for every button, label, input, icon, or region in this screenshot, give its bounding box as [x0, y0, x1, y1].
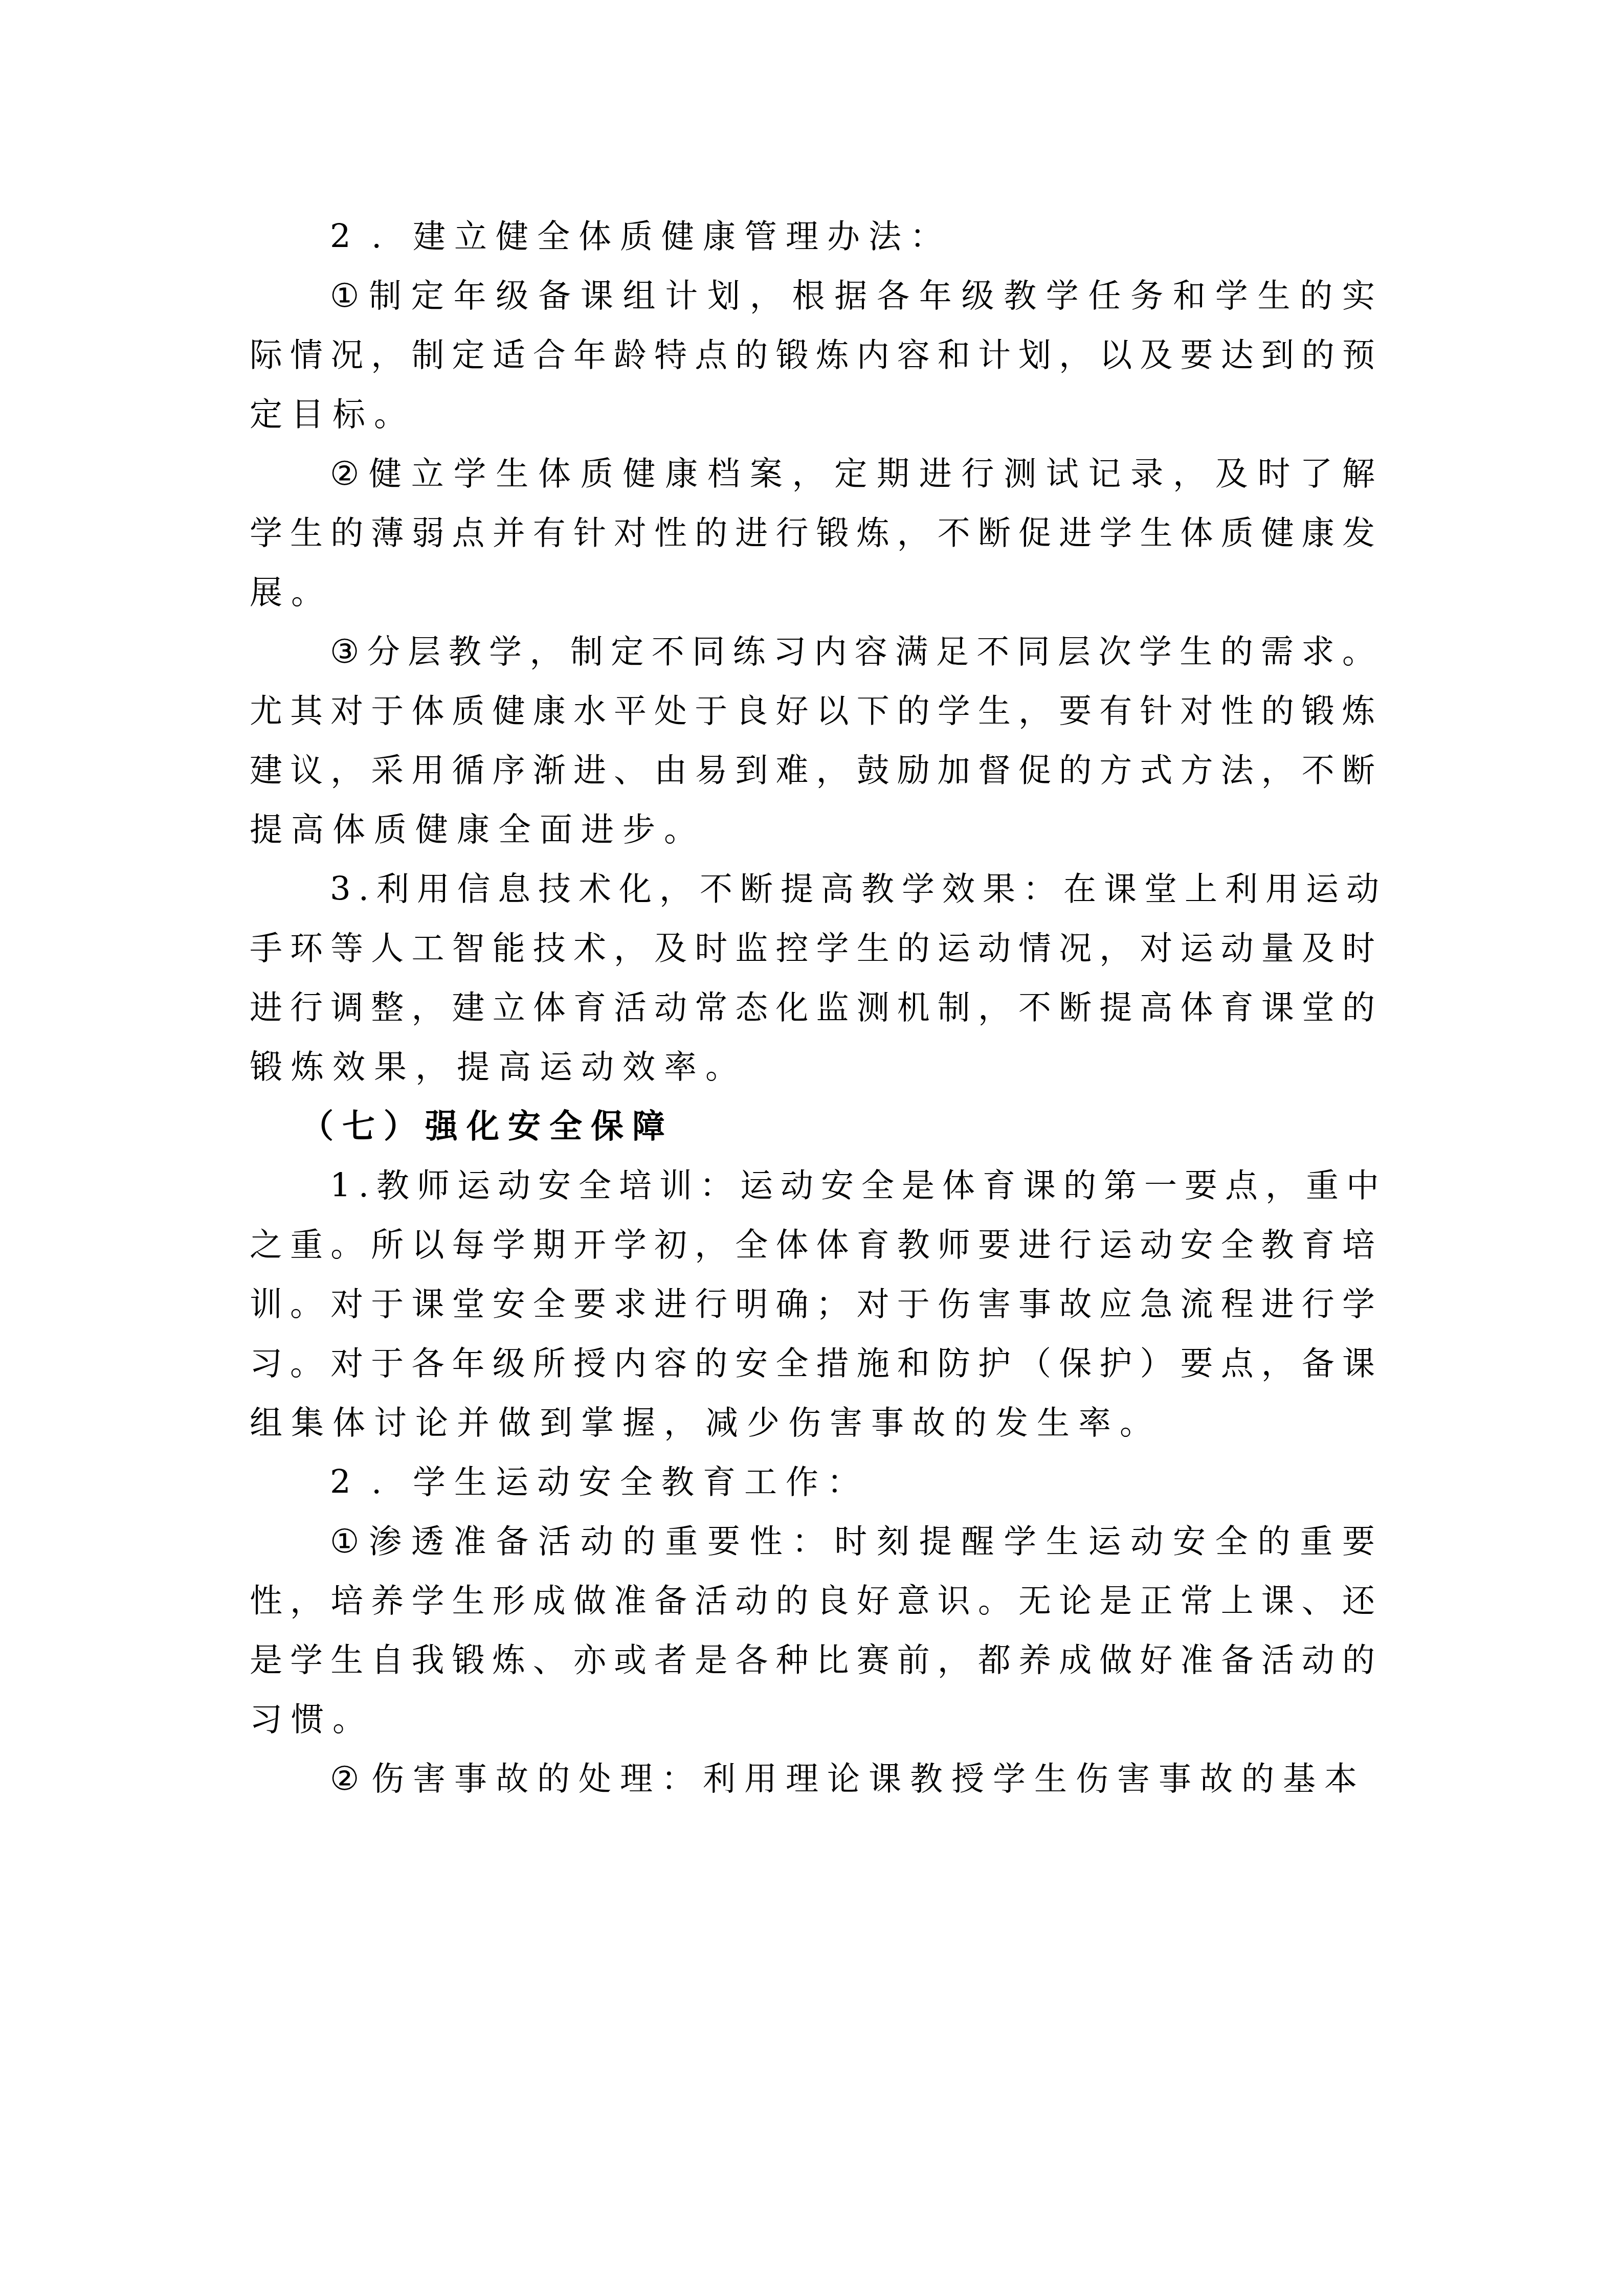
text-line: 2.学生运动安全教育工作：	[250, 1453, 1383, 1512]
text-line: 是学生自我锻炼、亦或者是各种比赛前，都养成做好准备活动的	[250, 1631, 1383, 1690]
text-line: ①渗透准备活动的重要性：时刻提醒学生运动安全的重要	[250, 1512, 1383, 1571]
text-line: 尤其对于体质健康水平处于良好以下的学生，要有针对性的锻炼	[250, 682, 1383, 741]
text-line: ②健立学生体质健康档案，定期进行测试记录，及时了解	[250, 444, 1383, 504]
text-line: 组集体讨论并做到掌握，减少伤害事故的发生率。	[250, 1393, 1383, 1453]
text-line: 之重。所以每学期开学初，全体体育教师要进行运动安全教育培	[250, 1215, 1383, 1275]
text-line: 训。对于课堂安全要求进行明确；对于伤害事故应急流程进行学	[250, 1275, 1383, 1334]
paragraph: 2.学生运动安全教育工作：	[250, 1453, 1383, 1512]
paragraph: ①渗透准备活动的重要性：时刻提醒学生运动安全的重要性，培养学生形成做准备活动的良…	[250, 1512, 1383, 1749]
text-line: 提高体质健康全面进步。	[250, 800, 1383, 860]
text-line: ②伤害事故的处理：利用理论课教授学生伤害事故的基本	[250, 1749, 1383, 1809]
paragraph: 3.利用信息技术化，不断提高教学效果：在课堂上利用运动手环等人工智能技术，及时监…	[250, 860, 1383, 1097]
text-line: 习。对于各年级所授内容的安全措施和防护（保护）要点，备课	[250, 1334, 1383, 1393]
text-line: ③分层教学，制定不同练习内容满足不同层次学生的需求。	[250, 622, 1383, 682]
paragraph: ②伤害事故的处理：利用理论课教授学生伤害事故的基本	[250, 1749, 1383, 1809]
paragraph: ①制定年级备课组计划，根据各年级教学任务和学生的实际情况，制定适合年龄特点的锻炼…	[250, 266, 1383, 444]
paragraph: ②健立学生体质健康档案，定期进行测试记录，及时了解学生的薄弱点并有针对性的进行锻…	[250, 444, 1383, 622]
paragraph: 1.教师运动安全培训：运动安全是体育课的第一要点，重中之重。所以每学期开学初，全…	[250, 1156, 1383, 1453]
text-line: 手环等人工智能技术，及时监控学生的运动情况，对运动量及时	[250, 919, 1383, 978]
text-line: （七）强化安全保障	[250, 1097, 1383, 1156]
text-line: 建议，采用循序渐进、由易到难，鼓励加督促的方式方法，不断	[250, 741, 1383, 800]
text-line: 锻炼效果，提高运动效率。	[250, 1038, 1383, 1097]
text-line: 习惯。	[250, 1690, 1383, 1749]
text-line: 定目标。	[250, 385, 1383, 444]
text-line: 学生的薄弱点并有针对性的进行锻炼，不断促进学生体质健康发	[250, 504, 1383, 563]
text-line: 3.利用信息技术化，不断提高教学效果：在课堂上利用运动	[250, 860, 1383, 919]
section-heading: （七）强化安全保障	[250, 1097, 1383, 1156]
text-line: 际情况，制定适合年龄特点的锻炼内容和计划，以及要达到的预	[250, 326, 1383, 385]
text-line: ①制定年级备课组计划，根据各年级教学任务和学生的实	[250, 266, 1383, 326]
text-line: 展。	[250, 563, 1383, 622]
text-line: 2.建立健全体质健康管理办法：	[250, 207, 1383, 266]
document-page: 2.建立健全体质健康管理办法：①制定年级备课组计划，根据各年级教学任务和学生的实…	[250, 207, 1383, 1809]
text-line: 1.教师运动安全培训：运动安全是体育课的第一要点，重中	[250, 1156, 1383, 1215]
paragraph: 2.建立健全体质健康管理办法：	[250, 207, 1383, 266]
paragraph: ③分层教学，制定不同练习内容满足不同层次学生的需求。尤其对于体质健康水平处于良好…	[250, 622, 1383, 860]
text-line: 性，培养学生形成做准备活动的良好意识。无论是正常上课、还	[250, 1571, 1383, 1631]
document-body: 2.建立健全体质健康管理办法：①制定年级备课组计划，根据各年级教学任务和学生的实…	[250, 207, 1383, 1809]
text-line: 进行调整，建立体育活动常态化监测机制，不断提高体育课堂的	[250, 978, 1383, 1038]
